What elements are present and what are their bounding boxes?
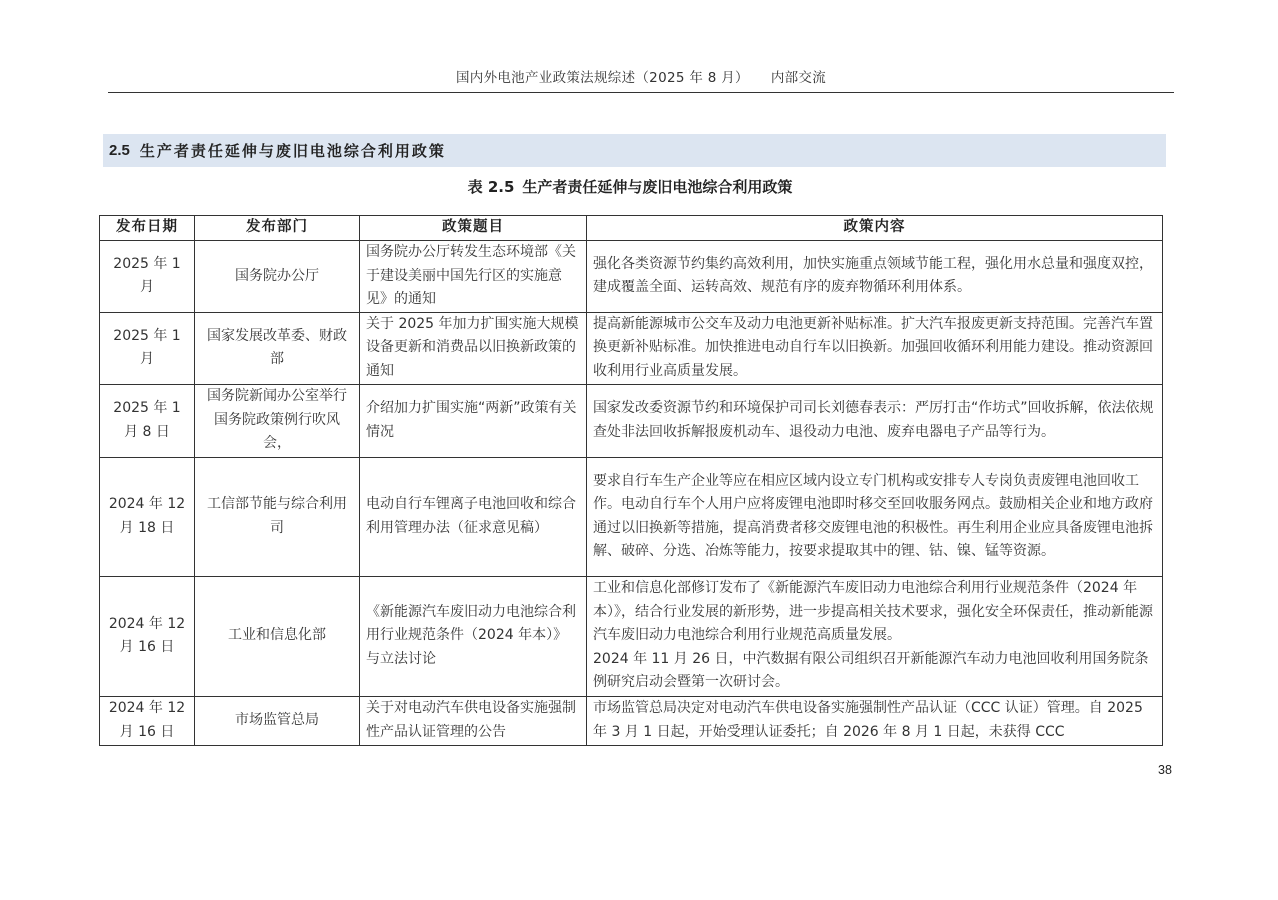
page-number: 38 — [1158, 763, 1172, 777]
table-caption-title: 生产者责任延伸与废旧电池综合利用政策 — [522, 178, 792, 196]
cell-date: 2025 年 1 月 8 日 — [100, 384, 195, 457]
section-number: 2.5 — [109, 142, 130, 159]
cell-content: 提高新能源城市公交车及动力电池更新补贴标准。扩大汽车报废更新支持范围。完善汽车置… — [587, 312, 1163, 384]
cell-content: 工业和信息化部修订发布了《新能源汽车废旧动力电池综合利用行业规范条件（2024 … — [587, 576, 1163, 696]
cell-title: 电动自行车锂离子电池回收和综合利用管理办法（征求意见稿） — [360, 457, 587, 576]
running-header-title: 国内外电池产业政策法规综述（2025 年 8 月） — [456, 70, 749, 86]
column-header-dept: 发布部门 — [195, 216, 360, 241]
table-row: 2024 年 12 月 18 日 工信部节能与综合利用司 电动自行车锂离子电池回… — [100, 457, 1163, 576]
table-row: 2025 年 1 月 国务院办公厅 国务院办公厅转发生态环境部《关于建设美丽中国… — [100, 241, 1163, 313]
table-caption-label: 表 2.5 — [468, 178, 515, 196]
content-paragraph: 国家发改委资源节约和环境保护司司长刘德春表示：严厉打击“作坊式”回收拆解，依法依… — [593, 397, 1156, 444]
content-paragraph: 市场监管总局决定对电动汽车供电设备实施强制性产品认证（CCC 认证）管理。自 2… — [593, 697, 1156, 744]
section-title: 生产者责任延伸与废旧电池综合利用政策 — [140, 140, 446, 161]
cell-date: 2025 年 1 月 — [100, 312, 195, 384]
cell-title: 《新能源汽车废旧动力电池综合利用行业规范条件（2024 年本）》与立法讨论 — [360, 576, 587, 696]
cell-dept: 市场监管总局 — [195, 696, 360, 745]
cell-date: 2025 年 1 月 — [100, 241, 195, 313]
content-paragraph: 2024 年 11 月 26 日，中汽数据有限公司组织召开新能源汽车动力电池回收… — [593, 648, 1156, 695]
running-header-tag: 内部交流 — [771, 70, 826, 86]
cell-content: 国家发改委资源节约和环境保护司司长刘德春表示：严厉打击“作坊式”回收拆解，依法依… — [587, 384, 1163, 457]
cell-dept: 国务院新闻办公室举行国务院政策例行吹风会， — [195, 384, 360, 457]
running-header: 国内外电池产业政策法规综述（2025 年 8 月）内部交流 — [108, 66, 1174, 86]
table-row: 2025 年 1 月 8 日 国务院新闻办公室举行国务院政策例行吹风会， 介绍加… — [100, 384, 1163, 457]
cell-dept: 国务院办公厅 — [195, 241, 360, 313]
cell-date: 2024 年 12 月 16 日 — [100, 576, 195, 696]
header-divider — [108, 92, 1174, 93]
content-paragraph: 要求自行车生产企业等应在相应区域内设立专门机构或安排专人专岗负责废锂电池回收工作… — [593, 470, 1156, 564]
cell-dept: 国家发展改革委、财政部 — [195, 312, 360, 384]
column-header-date: 发布日期 — [100, 216, 195, 241]
table-row: 2025 年 1 月 国家发展改革委、财政部 关于 2025 年加力扩围实施大规… — [100, 312, 1163, 384]
cell-title: 关于 2025 年加力扩围实施大规模设备更新和消费品以旧换新政策的通知 — [360, 312, 587, 384]
cell-title: 关于对电动汽车供电设备实施强制性产品认证管理的公告 — [360, 696, 587, 745]
cell-date: 2024 年 12 月 16 日 — [100, 696, 195, 745]
section-heading: 2.5 生产者责任延伸与废旧电池综合利用政策 — [103, 134, 1166, 167]
policy-table: 发布日期 发布部门 政策题目 政策内容 2025 年 1 月 国务院办公厅 国务… — [99, 215, 1163, 746]
cell-title: 国务院办公厅转发生态环境部《关于建设美丽中国先行区的实施意见》的通知 — [360, 241, 587, 313]
table-header-row: 发布日期 发布部门 政策题目 政策内容 — [100, 216, 1163, 241]
cell-dept: 工信部节能与综合利用司 — [195, 457, 360, 576]
cell-content: 要求自行车生产企业等应在相应区域内设立专门机构或安排专人专岗负责废锂电池回收工作… — [587, 457, 1163, 576]
cell-content: 强化各类资源节约集约高效利用，加快实施重点领域节能工程，强化用水总量和强度双控，… — [587, 241, 1163, 313]
column-header-title: 政策题目 — [360, 216, 587, 241]
table-row: 2024 年 12 月 16 日 市场监管总局 关于对电动汽车供电设备实施强制性… — [100, 696, 1163, 745]
cell-content: 市场监管总局决定对电动汽车供电设备实施强制性产品认证（CCC 认证）管理。自 2… — [587, 696, 1163, 745]
content-paragraph: 工业和信息化部修订发布了《新能源汽车废旧动力电池综合利用行业规范条件（2024 … — [593, 577, 1156, 648]
cell-title: 介绍加力扩围实施“两新”政策有关情况 — [360, 384, 587, 457]
table-row: 2024 年 12 月 16 日 工业和信息化部 《新能源汽车废旧动力电池综合利… — [100, 576, 1163, 696]
cell-dept: 工业和信息化部 — [195, 576, 360, 696]
cell-date: 2024 年 12 月 18 日 — [100, 457, 195, 576]
column-header-content: 政策内容 — [587, 216, 1163, 241]
content-paragraph: 强化各类资源节约集约高效利用，加快实施重点领域节能工程，强化用水总量和强度双控，… — [593, 253, 1156, 300]
content-paragraph: 提高新能源城市公交车及动力电池更新补贴标准。扩大汽车报废更新支持范围。完善汽车置… — [593, 313, 1156, 384]
table-caption: 表 2.5生产者责任延伸与废旧电池综合利用政策 — [100, 176, 1160, 197]
